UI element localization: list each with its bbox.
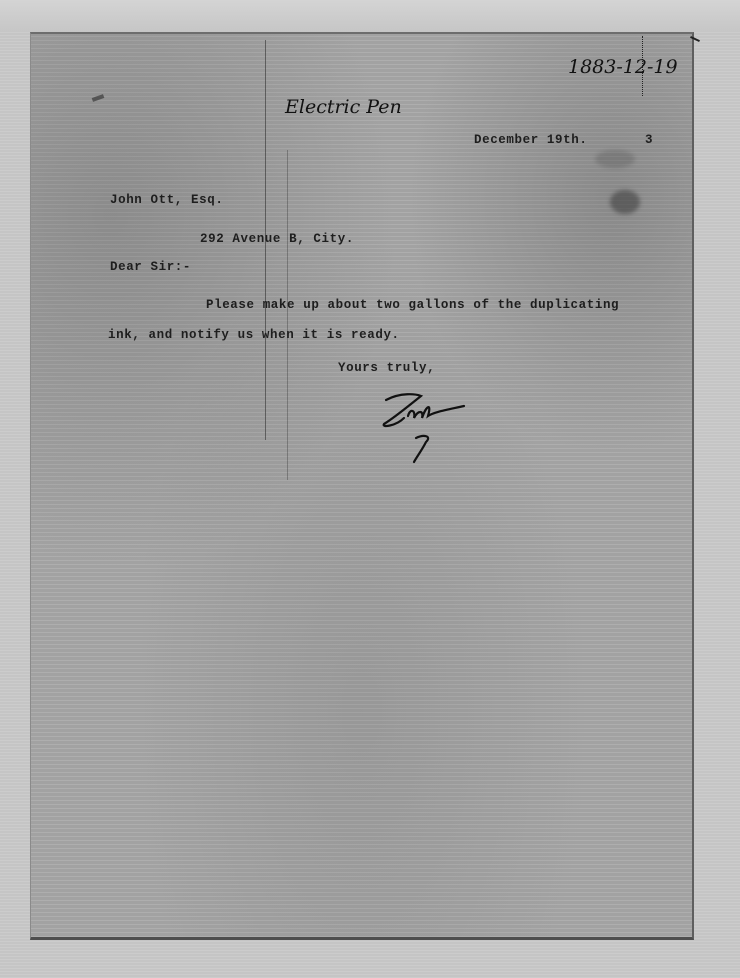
letter-page: [30, 32, 694, 940]
date-line: December 19th.: [474, 133, 587, 147]
ink-smudge: [610, 190, 640, 214]
ink-smudge: [595, 150, 635, 168]
handwritten-heading: Electric Pen: [285, 96, 402, 118]
body-line-2: ink, and notify us when it is ready.: [108, 328, 400, 342]
page-number: 3: [645, 133, 653, 147]
signature: [376, 388, 486, 468]
salutation: Dear Sir:-: [110, 260, 191, 274]
addressee-address: 292 Avenue B, City.: [200, 232, 354, 246]
closing: Yours truly,: [338, 361, 435, 375]
scan-frame-top: [0, 0, 740, 32]
page-crease-secondary: [287, 150, 288, 480]
addressee-name: John Ott, Esq.: [110, 193, 223, 207]
archive-date-annotation: 1883-12-19: [568, 56, 678, 78]
body-line-1: Please make up about two gallons of the …: [206, 298, 619, 312]
